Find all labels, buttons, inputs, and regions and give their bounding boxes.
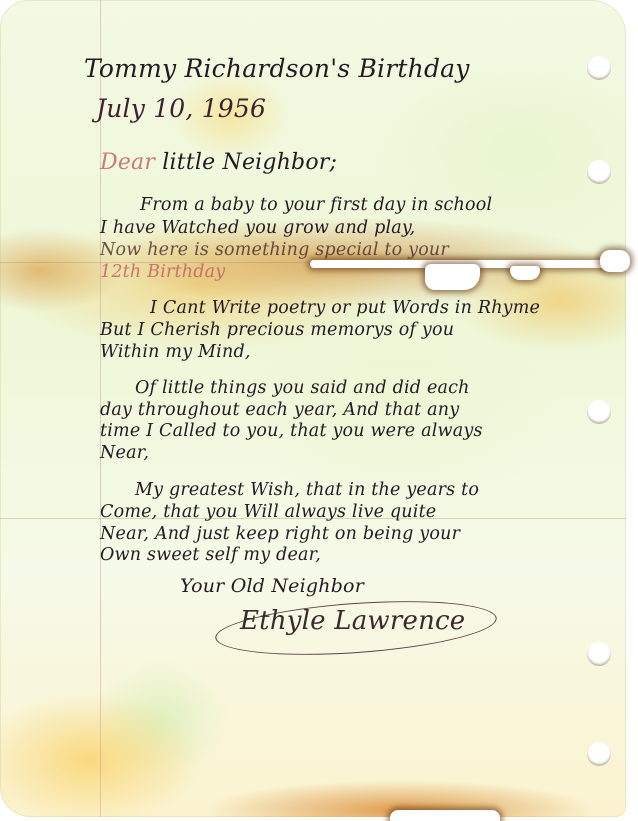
burn-hole — [600, 250, 630, 272]
punch-hole — [587, 400, 611, 424]
stanza-4-line-4: Own sweet self my dear, — [100, 545, 321, 565]
punch-hole — [587, 56, 611, 80]
punch-hole — [587, 642, 611, 666]
salutation: Dear little Neighbor; — [100, 150, 337, 175]
letter-date: July 10, 1956 — [96, 94, 266, 123]
stanza-4-line-1: My greatest Wish, that in the years to — [135, 480, 479, 500]
stanza-1-line-1: From a baby to your first day in school — [140, 195, 492, 215]
stanza-3-line-3: time I Called to you, that you were alwa… — [100, 421, 483, 441]
stanza-3-line-2: day throughout each year, And that any — [100, 400, 459, 420]
stanza-4-line-3: Near, And just keep right on being your — [100, 524, 460, 544]
burn-hole — [390, 810, 500, 821]
stanza-2-line-2: But I Cherish precious memorys of you — [100, 320, 454, 340]
stanza-2-line-1: I Cant Write poetry or put Words in Rhym… — [150, 298, 540, 318]
stanza-1-line-4: 12th Birthday — [100, 262, 225, 282]
stanza-2-line-3: Within my Mind, — [100, 342, 251, 362]
stanza-1-line-2: I have Watched you grow and play, — [100, 218, 415, 238]
salutation-text: little Neighbor; — [162, 150, 337, 175]
closing: Your Old Neighbor — [180, 575, 364, 597]
punch-hole — [587, 742, 611, 766]
salutation-faded-word: Dear — [100, 150, 155, 175]
punch-hole — [587, 160, 611, 184]
stanza-3-line-4: Near, — [100, 443, 149, 463]
stanza-1-line-3: Now here is something special to your — [100, 240, 449, 260]
burn-hole — [425, 264, 480, 290]
stanza-3-line-1: Of little things you said and did each — [135, 378, 470, 398]
stanza-4-line-2: Come, that you Will always live quite — [100, 502, 436, 522]
burn-hole — [510, 266, 540, 280]
letter-title: Tommy Richardson's Birthday — [84, 54, 470, 83]
letter-page: Tommy Richardson's Birthday July 10, 195… — [0, 0, 626, 817]
signature: Ethyle Lawrence — [240, 606, 465, 636]
